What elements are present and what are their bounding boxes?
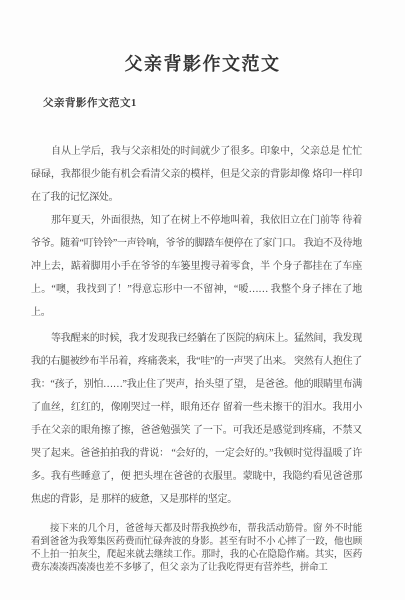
section-heading: 父亲背影作文范文1 bbox=[43, 95, 137, 110]
paragraph-2: 那年夏天，外面很热，知了在树上不停地叫着，我依旧立在门前等 待着爷爷。随着“叮铃… bbox=[31, 209, 362, 324]
document-body: 自从上学后，我与父亲相处的时间就少了很多。印象中，父亲总是 忙忙碌碌，我都很少能… bbox=[31, 140, 362, 575]
document-title: 父亲背影作文范文 bbox=[0, 50, 405, 76]
document-page: 父亲背影作文范文 父亲背影作文范文1 自从上学后，我与父亲相处的时间就少了很多。… bbox=[0, 0, 405, 600]
paragraph-3: 等我醒来的时候，我才发现我已经躺在了医院的病床上。猛然间，我发现我的右腿被纱布半… bbox=[31, 327, 362, 511]
paragraph-4: 接下来的几个月，爸爸每天都及时帮我换纱布，帮我活动筋骨。窗 外不时能看到爸爸为我… bbox=[31, 523, 362, 575]
paragraph-1: 自从上学后，我与父亲相处的时间就少了很多。印象中，父亲总是 忙忙碌碌，我都很少能… bbox=[31, 140, 362, 209]
